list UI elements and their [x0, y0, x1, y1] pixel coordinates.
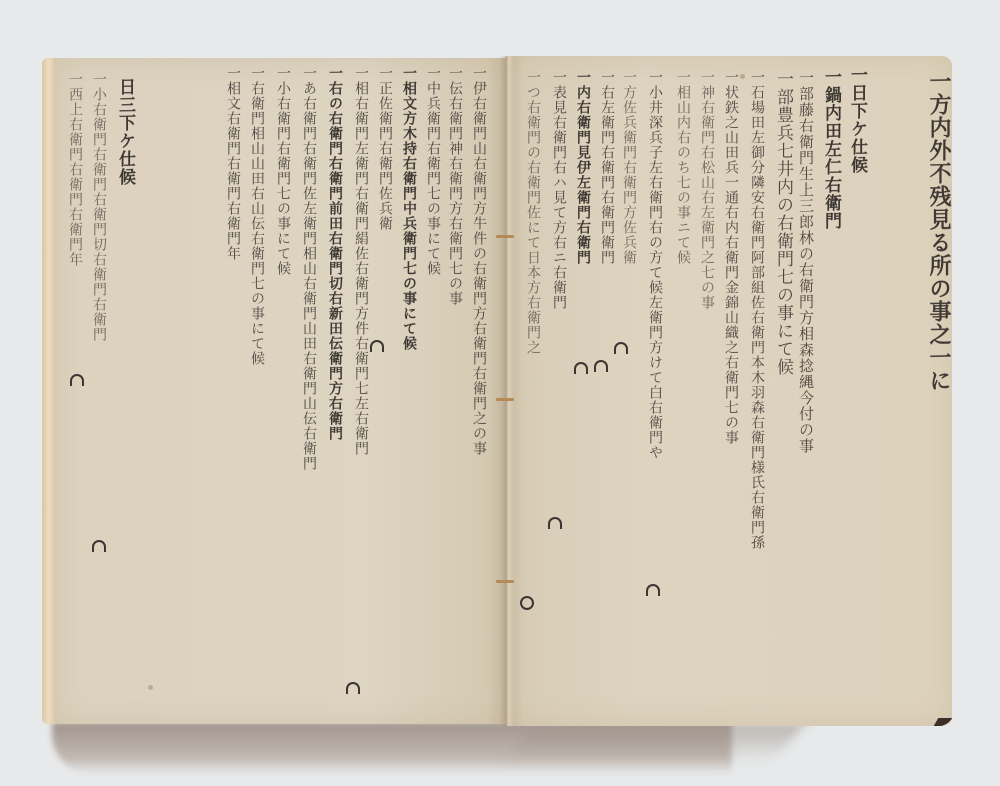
text-column: 一石場田左御分隣安右衛門阿部組佐右衛門本木羽森右衛門様氏右衛門孫: [750, 70, 764, 550]
text-column: 一相山内右のち七の事ニて候: [676, 70, 690, 265]
text-column: 一方佐兵衛門右衛門方佐兵衛: [622, 70, 636, 265]
text-column: 一表見右衛門右ハ見て方右ニ右衛門: [552, 70, 566, 310]
circle-mark: [520, 596, 534, 610]
text-column: 一部藤右衛門生上三郎林の右衛門方相森捻縄今付の事: [798, 70, 813, 454]
circle-mark: [646, 584, 660, 596]
text-column: 一伊右衛門山右衛門方牛件の右衛門方右衛門右衛門之の事: [472, 66, 486, 456]
circle-mark: [92, 540, 106, 552]
paper-stain: [148, 685, 153, 690]
text-column: 一神右衛門右松山右左衛門之七の事: [700, 70, 714, 310]
binding-stitch: [496, 398, 514, 401]
circle-mark: [614, 342, 628, 354]
binding-stitch: [496, 580, 514, 583]
text-column: 一状鉄之山田兵一通右内右衛門金錦山織之右衛門七の事: [724, 70, 738, 445]
text-column: 一相文右衛門右衛門右衛門年: [226, 66, 240, 261]
text-column: 一部豊兵七井内の右衛門七の事にて候: [774, 70, 791, 376]
circle-mark: [346, 682, 360, 694]
text-column: 一右左衛門右衛門右衛門衛門: [600, 70, 614, 265]
circle-mark: [370, 340, 384, 352]
right-page-heading: 一方内外不残見る所の事之一に: [928, 70, 950, 392]
text-column: 一小右衛門右衛門七の事にて候: [276, 66, 290, 276]
text-column: 一日下ケ仕候: [848, 66, 865, 174]
text-column: 一右の右衛門右衛門前田右衛門切右新田伝衛門方右衛門: [328, 66, 342, 441]
text-column: 一小井深兵子左右衛門右の方て候左衛門方けて白右衛門や: [648, 70, 662, 460]
text-column: 日三下ケ仕候: [116, 78, 133, 186]
text-column: 一内右衛門見伊左衛門右衛門: [576, 70, 590, 265]
spine-crease: [500, 56, 514, 726]
text-column: 一西上右衛門右衛門右衛門年: [68, 72, 82, 267]
text-column: 一正佐衛門右衛門佐兵衛: [378, 66, 392, 231]
text-column: 一相右衛門左衛門右衛門絹佐右衛門方件右衛門七左右衛門: [354, 66, 368, 456]
text-column: 一鍋内田左仁右衛門: [822, 68, 839, 230]
circle-mark: [574, 362, 588, 374]
circle-mark: [70, 374, 84, 386]
text-column: 一右衛門相山山田右山伝右衛門七の事にて候: [250, 66, 264, 366]
text-column: 一相文方木持右衛門中兵衛門七の事にて候: [402, 66, 416, 351]
text-column: 一小右衛門右衛門右衛門切右衛門右衛門: [92, 72, 106, 342]
binding-stitch: [496, 235, 514, 238]
text-column: 一伝右衛門神右衛門方右衛門七の事: [448, 66, 462, 306]
circle-mark: [548, 517, 562, 529]
text-column: 一あ右衛門右衛門佐左衛門相山右衛門山田右衛門山伝右衛門: [302, 66, 316, 471]
open-manuscript: 一方内外不残見る所の事之一に 一日下ケ仕候 一鍋内田左仁右衛門 一部藤右衛門生上…: [0, 0, 1000, 786]
text-column: 一中兵衛門右衛門七の事にて候: [426, 66, 440, 276]
paper-stain: [740, 74, 745, 79]
circle-mark: [594, 360, 608, 372]
text-column: 一つ右衛門の右衛門佐にて日本方右衛門之: [526, 70, 540, 355]
